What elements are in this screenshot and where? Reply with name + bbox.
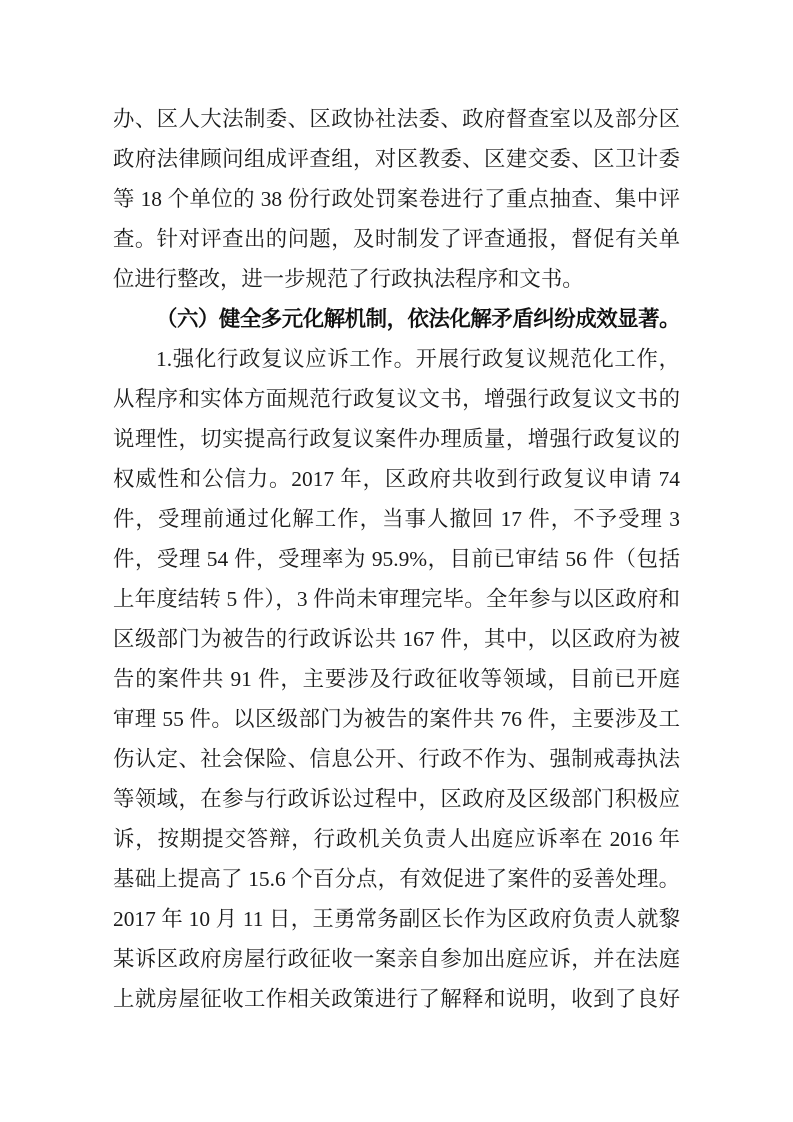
text-line-8: 从程序和实体方面规范行政复议文书，增强行政复议文书的 xyxy=(113,379,680,419)
text-line-16: 审理 55 件。以区级部门为被告的案件共 76 件，主要涉及工 xyxy=(113,699,680,739)
text-line-21: 2017 年 10 月 11 日，王勇常务副区长作为区政府负责人就黎 xyxy=(113,899,680,939)
text-line-6: （六）健全多元化解机制，依法化解矛盾纠纷成效显著。 xyxy=(113,299,680,339)
text-line-11: 件，受理前通过化解工作，当事人撤回 17 件，不予受理 3 xyxy=(113,499,680,539)
text-line-15: 告的案件共 91 件，主要涉及行政征收等领域，目前已开庭 xyxy=(113,659,680,699)
text-line-14: 区级部门为被告的行政诉讼共 167 件，其中，以区政府为被 xyxy=(113,619,680,659)
text-line-9: 说理性，切实提高行政复议案件办理质量，增强行政复议的 xyxy=(113,419,680,459)
text-line-12: 件，受理 54 件，受理率为 95.9%，目前已审结 56 件（包括 xyxy=(113,539,680,579)
text-line-13: 上年度结转 5 件），3 件尚未审理完毕。全年参与以区政府和 xyxy=(113,579,680,619)
text-line-3: 等 18 个单位的 38 份行政处罚案卷进行了重点抽查、集中评 xyxy=(113,179,680,219)
text-line-22: 某诉区政府房屋行政征收一案亲自参加出庭应诉，并在法庭 xyxy=(113,939,680,979)
text-line-18: 等领域，在参与行政诉讼过程中，区政府及区级部门积极应 xyxy=(113,779,680,819)
document-page: 办、区人大法制委、区政协社法委、政府督查室以及部分区政府法律顾问组成评查组，对区… xyxy=(0,0,793,1122)
text-line-10: 权威性和公信力。2017 年，区政府共收到行政复议申请 74 xyxy=(113,459,680,499)
text-line-7: 1.强化行政复议应诉工作。开展行政复议规范化工作， xyxy=(113,339,680,379)
text-line-4: 查。针对评查出的问题，及时制发了评查通报，督促有关单 xyxy=(113,219,680,259)
text-line-5: 位进行整改，进一步规范了行政执法程序和文书。 xyxy=(113,259,680,299)
text-line-1: 办、区人大法制委、区政协社法委、政府督查室以及部分区 xyxy=(113,99,680,139)
text-line-19: 诉，按期提交答辩，行政机关负责人出庭应诉率在 2016 年 xyxy=(113,819,680,859)
text-line-23: 上就房屋征收工作相关政策进行了解释和说明，收到了良好 xyxy=(113,979,680,1019)
text-line-17: 伤认定、社会保险、信息公开、行政不作为、强制戒毒执法 xyxy=(113,739,680,779)
text-line-20: 基础上提高了 15.6 个百分点，有效促进了案件的妥善处理。 xyxy=(113,859,680,899)
text-block: 办、区人大法制委、区政协社法委、政府督查室以及部分区政府法律顾问组成评查组，对区… xyxy=(113,99,680,1019)
text-line-2: 政府法律顾问组成评查组，对区教委、区建交委、区卫计委 xyxy=(113,139,680,179)
